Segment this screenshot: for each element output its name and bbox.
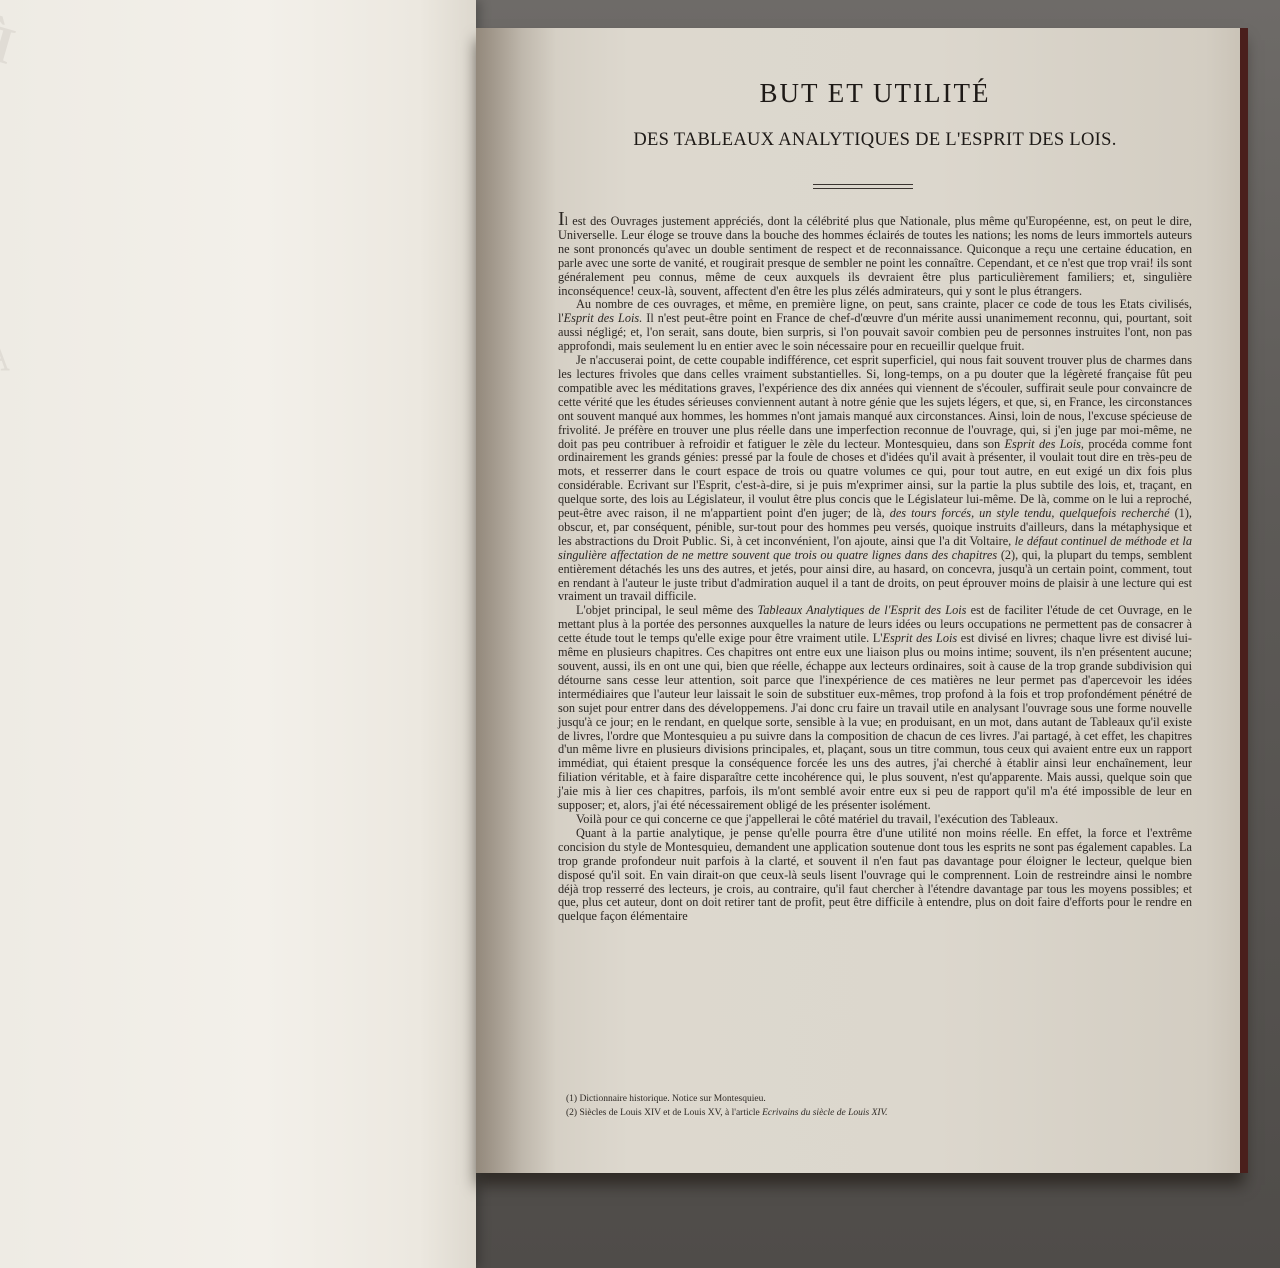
footnotes: (1) Dictionnaire historique. Notice sur … — [566, 1092, 1186, 1120]
paragraph: Il est des Ouvrages justement appréciés,… — [558, 214, 1192, 298]
drop-cap: I — [558, 208, 565, 230]
page-subtitle: DES TABLEAUX ANALYTIQUES DE L'ESPRIT DES… — [558, 130, 1192, 151]
title-divider — [813, 184, 913, 189]
book-gutter-shadow — [476, 28, 556, 1173]
footnote-1: (1) Dictionnaire historique. Notice sur … — [566, 1092, 1186, 1106]
paragraph: Au nombre de ces ouvrages, et même, en p… — [558, 298, 1192, 354]
paragraph: L'objet principal, le seul même des Tabl… — [558, 604, 1192, 813]
book-cover-edge — [1240, 28, 1248, 1173]
page-title: BUT ET UTILITÉ — [558, 78, 1192, 109]
paragraph: Je n'accuserai point, de cette coupable … — [558, 354, 1192, 604]
paragraph: Voilà pour ce qui concerne ce que j'appe… — [558, 813, 1192, 827]
body-text: Il est des Ouvrages justement appréciés,… — [558, 214, 1192, 924]
show-through-text: ÉPÎTRE DÉDICA — [0, 0, 20, 77]
paragraph: Quant à la partie analytique, je pense q… — [558, 827, 1192, 924]
left-page-blank: ÉPÎTRE DÉDICA A M. DELCRO — [0, 0, 476, 1268]
show-through-text: A M. DELCRO — [0, 330, 10, 381]
footnote-2: (2) Siècles de Louis XIV et de Louis XV,… — [566, 1106, 1186, 1120]
